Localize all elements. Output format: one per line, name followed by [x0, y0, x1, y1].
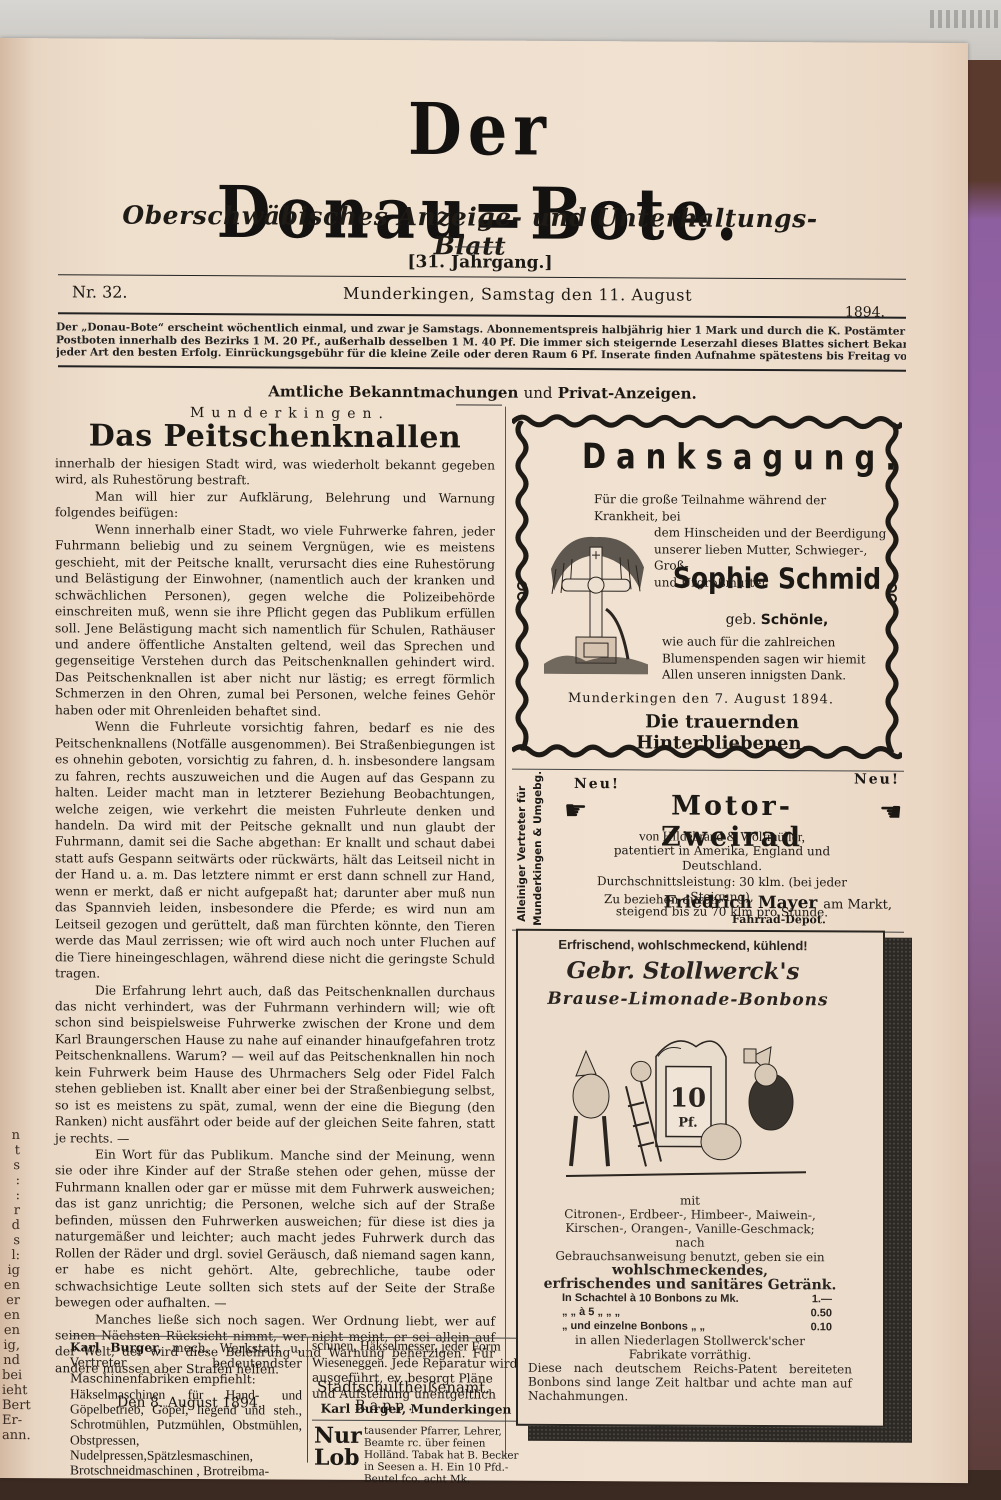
- article-paragraph: innerhalb der hiesigen Stadt wird, was w…: [55, 455, 495, 490]
- gutter-fragment: Bert: [2, 1398, 20, 1413]
- ad-motor-patent: patentiert in Amerika, England und Deuts…: [572, 843, 872, 875]
- article-paragraph: Ein Wort für das Publikum. Manche sind d…: [55, 1146, 495, 1313]
- danksagung-place-date: Munderkingen den 7. August 1894.: [568, 691, 868, 708]
- ad-motor-seller: Friedrich Mayer am Markt,: [662, 892, 892, 913]
- ad-burger-col1: Karl Burger, mech. Werkstatt u. Vertrete…: [70, 1340, 302, 1479]
- stollwerck-body: mit Citronen-, Erdbeer-, Himbeer-, Maiwe…: [522, 1193, 858, 1405]
- article-paragraph: Man will hier zur Aufklärung, Belehrung …: [55, 488, 495, 523]
- deceased-name: Sophie Schmid: [672, 561, 882, 595]
- ad-danksagung: Danksagung. Für die große Teilnahme währ…: [512, 411, 902, 763]
- maiden-name: geb. Schönle,: [672, 612, 882, 629]
- gutter-fragment: en: [2, 1323, 20, 1338]
- ad-stollwerck: Erfrischend, wohlschmeckend, kühlend! Ge…: [516, 929, 885, 1428]
- ad-tobacco-word: Lob: [314, 1447, 362, 1469]
- subscription-notice: Der „Donau-Bote“ erscheint wöchentlich e…: [56, 321, 906, 363]
- ad-tobacco-big-words: Nur Lob: [314, 1425, 362, 1469]
- stollwerck-product: Brause-Limonade-Bonbons: [518, 989, 858, 1011]
- ad-burger-col2: schinen, Häkselmesser, jeder Form Wiesen…: [312, 1338, 520, 1419]
- ornamental-border-left: [512, 421, 532, 751]
- volume-label: [31. Jahrgang.]: [380, 252, 580, 273]
- gutter-fragment: s: [2, 1158, 20, 1173]
- section-heading-part: Amtliche Bekanntmachungen: [268, 382, 518, 401]
- vertical-label-line: Alleiniger Vertreter für: [516, 786, 528, 922]
- issue-place-date: Munderkingen, Samstag den 11. August: [343, 284, 692, 305]
- section-heading-part: und: [524, 384, 553, 402]
- article-paragraph: Wenn die Fuhrleute vorsichtig fahren, be…: [55, 719, 495, 985]
- gutter-fragment: ieht: [2, 1383, 20, 1398]
- adjacent-page-fragment: nts::rdsl:igenerenenig,ndbeiiehtBertEr-a…: [2, 1128, 20, 1443]
- divider: [58, 312, 906, 318]
- price-row: „ und einzelne Bonbons „ „0.10: [522, 1319, 858, 1335]
- danksagung-thanks: wie auch für die zahlreichen Blumenspend…: [662, 633, 892, 684]
- sign-price: 10: [670, 1084, 706, 1114]
- maiden-prefix: geb.: [726, 612, 757, 628]
- price-label: „ „ à 5 „ „ „: [562, 1305, 620, 1319]
- price-value: 1.—: [812, 1292, 832, 1306]
- gutter-fragment: en: [2, 1278, 20, 1293]
- ad-burger-signature: Karl Burger, Munderkingen: [312, 1402, 520, 1419]
- grave-cross-illustration: [536, 529, 656, 675]
- gutter-fragment: r: [2, 1203, 20, 1218]
- gutter-fragment: bei: [2, 1368, 20, 1383]
- gnomes-illustration: 10 Pf.: [546, 1026, 826, 1187]
- ornamental-border-top: [512, 411, 902, 433]
- gutter-fragment: :: [2, 1188, 20, 1203]
- gutter-fragment: s: [2, 1233, 20, 1248]
- price-label: In Schachtel à 10 Bonbons zu Mk.: [562, 1291, 739, 1306]
- article-body: innerhalb der hiesigen Stadt wird, was w…: [55, 455, 495, 1379]
- gutter-fragment: er: [2, 1293, 20, 1308]
- section-heading: Amtliche Bekanntmachungen und Privat-Anz…: [60, 381, 905, 403]
- issue-number: Nr. 32.: [72, 282, 128, 301]
- ad-tobacco: Nur Lob tausender Pfarrer, Lehrer, Beamt…: [312, 1420, 522, 1467]
- ad-burger-name: Karl Burger,: [70, 1340, 162, 1354]
- ad-tobacco-word: Nur: [314, 1425, 362, 1447]
- gutter-fragment: en: [2, 1308, 20, 1323]
- stollwerck-brand: Gebr. Stollwerck's: [518, 957, 848, 986]
- ad-motor-zweirad: Alleiniger Vertreter für Munderkingen & …: [512, 769, 904, 933]
- article-headline: Das Peitschenknallen: [55, 418, 495, 455]
- article-paragraph: Die Erfahrung lehrt auch, daß das Peitsc…: [55, 982, 495, 1149]
- danksagung-signature: Die trauernden Hinterbliebenen.: [572, 711, 872, 755]
- sign-unit: Pf.: [678, 1116, 697, 1131]
- seller-location: am Markt,: [823, 897, 892, 912]
- seller-name: Friedrich Mayer: [664, 892, 817, 913]
- ad-karl-burger: Karl Burger, mech. Werkstatt u. Vertrete…: [70, 1335, 520, 1463]
- section-heading-part: Privat-Anzeigen.: [558, 384, 697, 403]
- gutter-fragment: n: [2, 1128, 20, 1143]
- gutter-fragment: d: [2, 1218, 20, 1233]
- ad-motor-maker: von Hildebrand & Wolfmüller,: [572, 828, 872, 845]
- gutter-fragment: ig,: [2, 1338, 20, 1353]
- new-badge-right: Neu!: [854, 771, 900, 787]
- price-label: „ und einzelne Bonbons „ „: [562, 1319, 705, 1334]
- divider: [307, 1338, 308, 1463]
- stollwerck-tagline: Erfrischend, wohlschmeckend, kühlend!: [518, 937, 848, 954]
- pointing-hand-icon: ☛: [879, 800, 902, 826]
- article-paragraph: Wenn innerhalb einer Stadt, wo viele Fuh…: [55, 521, 495, 721]
- gutter-fragment: ann.: [2, 1428, 20, 1443]
- danksagung-intro-line: Für die große Teilnahme während der Kran…: [594, 491, 894, 526]
- article-peitschenknallen: Munderkingen. Das Peitschenknallen inner…: [55, 404, 495, 1421]
- ad-burger-products: Häkselmaschinen für Hand- und Göpelbetri…: [70, 1386, 302, 1479]
- gutter-fragment: Er-: [2, 1413, 20, 1428]
- pointing-hand-icon: ☛: [564, 798, 587, 824]
- ad-motor-depot: Fahrrad-Depot.: [732, 913, 826, 926]
- price-value: 0.50: [811, 1306, 832, 1320]
- newspaper-page: nts::rdsl:igenerenenig,ndbeiiehtBertEr-a…: [0, 38, 968, 1483]
- divider: [58, 365, 906, 371]
- stollwerck-note: Diese nach deutschem Reichs-Patent berei…: [522, 1361, 858, 1405]
- gutter-fragment: l:: [2, 1248, 20, 1263]
- ad-motor-vertical-label: Alleiniger Vertreter für Munderkingen & …: [510, 774, 555, 924]
- price-value: 0.10: [811, 1320, 832, 1334]
- stollwerck-flavors: Kirschen-, Orangen-, Vanille-Geschmack;: [522, 1221, 858, 1237]
- column-divider: [505, 407, 506, 1457]
- issue-info-row: Nr. 32. Munderkingen, Samstag den 11. Au…: [60, 278, 905, 312]
- background-headline-fragment: [930, 10, 1000, 28]
- danksagung-title: Danksagung.: [582, 436, 872, 478]
- ad-tobacco-text: tausender Pfarrer, Lehrer, Beamte rc. üb…: [364, 1425, 524, 1486]
- gutter-fragment: nd: [2, 1353, 20, 1368]
- gutter-fragment: :: [2, 1173, 20, 1188]
- vertical-label-line: Munderkingen & Umgebg.: [532, 771, 544, 926]
- gutter-fragment: t: [2, 1143, 20, 1158]
- gutter-fragment: ig: [2, 1263, 20, 1278]
- maiden-name-value: Schönle,: [761, 612, 829, 628]
